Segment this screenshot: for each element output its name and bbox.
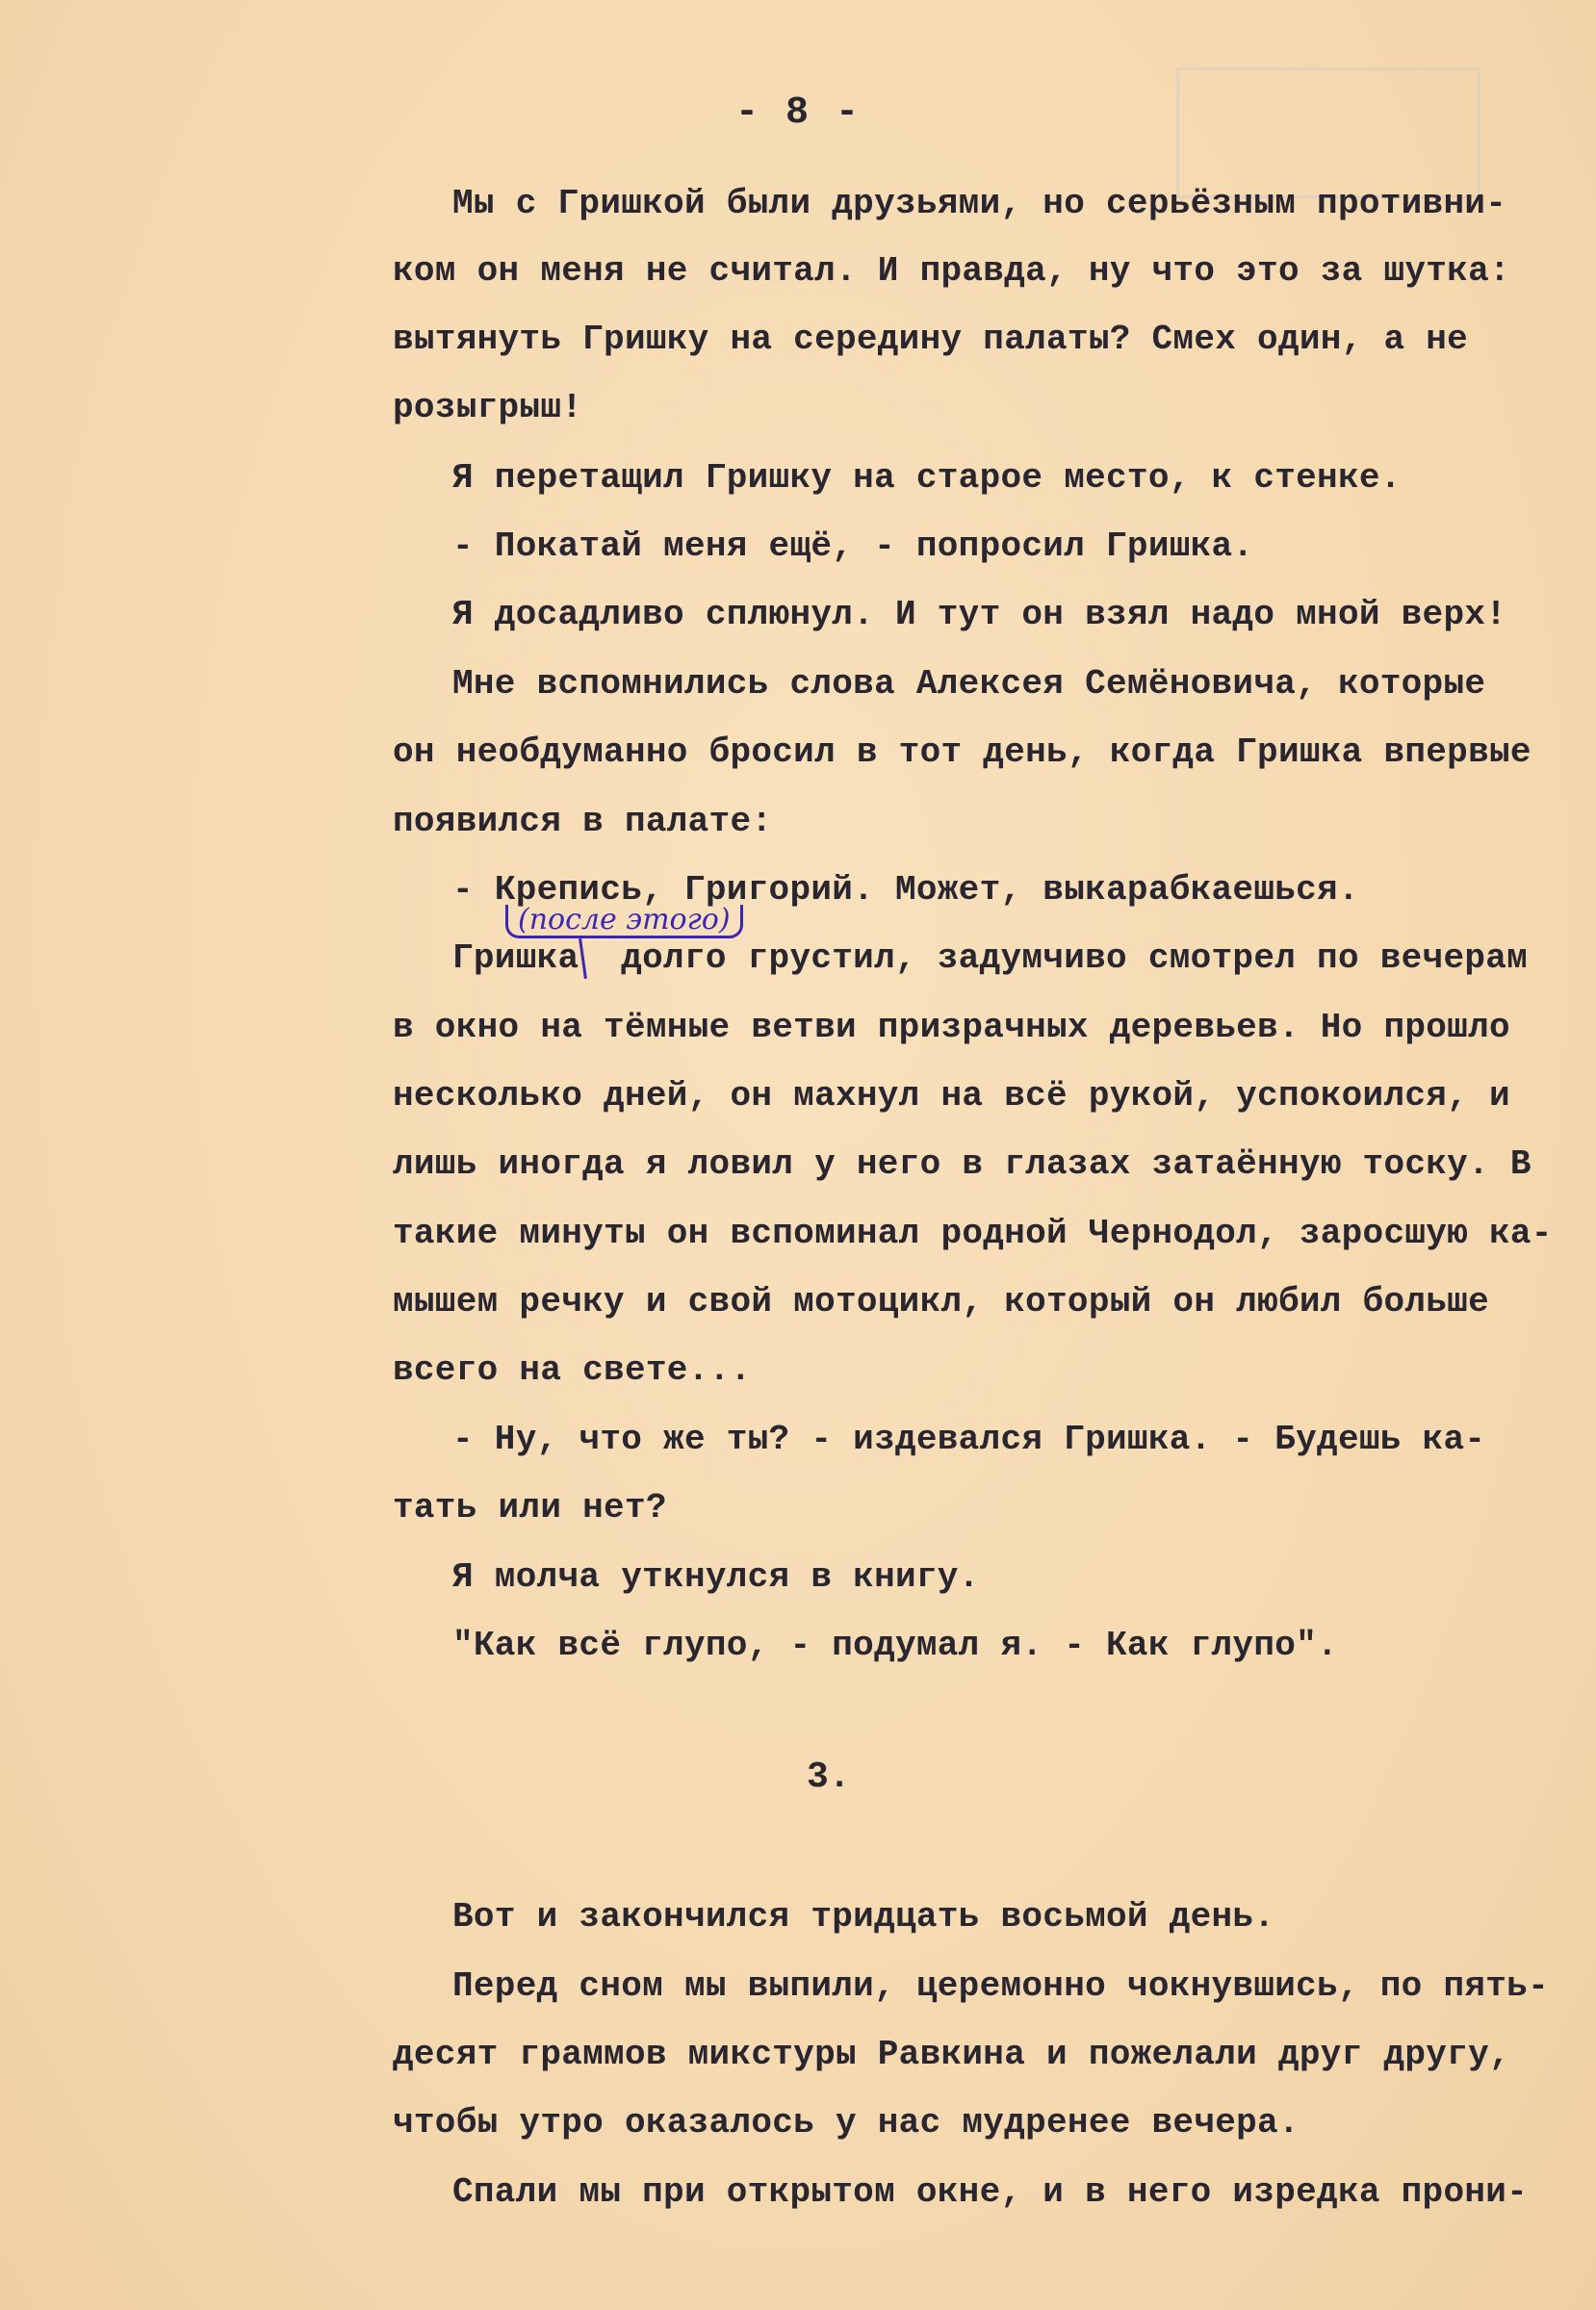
text-line: Я досадливо сплюнул. И тут он взял надо … [452, 594, 1506, 636]
text-line: вытянуть Гришку на середину палаты? Смех… [393, 319, 1468, 361]
text-line: Гришка долго грустил, задумчиво смотрел … [452, 937, 1528, 980]
text-line: Я перетащил Гришку на старое место, к ст… [452, 457, 1402, 500]
text-line: ком он меня не считал. И правда, ну что … [393, 250, 1510, 293]
text-line: розыгрыш! [393, 387, 582, 429]
text-line: Вот и закончился тридцать восьмой день. [452, 1896, 1274, 1938]
text-line: Спали мы при открытом окне, и в него изр… [452, 2171, 1528, 2214]
text-line: - Ну, что же ты? - издевался Гришка. - Б… [452, 1419, 1485, 1461]
text-line: чтобы утро оказалось у нас мудренее вече… [393, 2102, 1300, 2144]
handwritten-insertion: (после этого) [505, 905, 743, 938]
text-line: - Покатай меня ещё, - попросил Гришка. [452, 526, 1253, 568]
text-line: мышем речку и свой мотоцикл, который он … [393, 1281, 1489, 1323]
text-line: тать или нет? [393, 1487, 667, 1529]
text-line: Перед сном мы выпили, церемонно чокнувши… [452, 1965, 1549, 2008]
text-line: "Как всё глупо, - подумал я. - Как глупо… [452, 1625, 1338, 1667]
section-number: 3. [807, 1757, 851, 1798]
text-line: несколько дней, он махнул на всё рукой, … [393, 1075, 1510, 1117]
text-line: он необдуманно бросил в тот день, когда … [393, 731, 1532, 774]
text-line: появился в палате: [393, 801, 772, 843]
text-line: такие минуты он вспоминал родной Чернодо… [393, 1213, 1553, 1255]
text-line: десят граммов микстуры Равкина и пожелал… [393, 2034, 1510, 2076]
text-line: лишь иногда я ловил у него в глазах зата… [393, 1143, 1532, 1186]
text-line: Мы с Гришкой были друзьями, но серьёзным… [452, 183, 1506, 225]
text-line: в окно на тёмные ветви призрачных деревь… [393, 1007, 1510, 1049]
page-number: - 8 - [0, 91, 1596, 135]
text-line: Я молча уткнулся в книгу. [452, 1556, 980, 1599]
text-line: всего на свете... [393, 1349, 751, 1392]
text-line: Мне вспомнились слова Алексея Семёновича… [452, 663, 1485, 706]
typewritten-page: - 8 - Мы с Гришкой были друзьями, но сер… [0, 0, 1596, 2310]
